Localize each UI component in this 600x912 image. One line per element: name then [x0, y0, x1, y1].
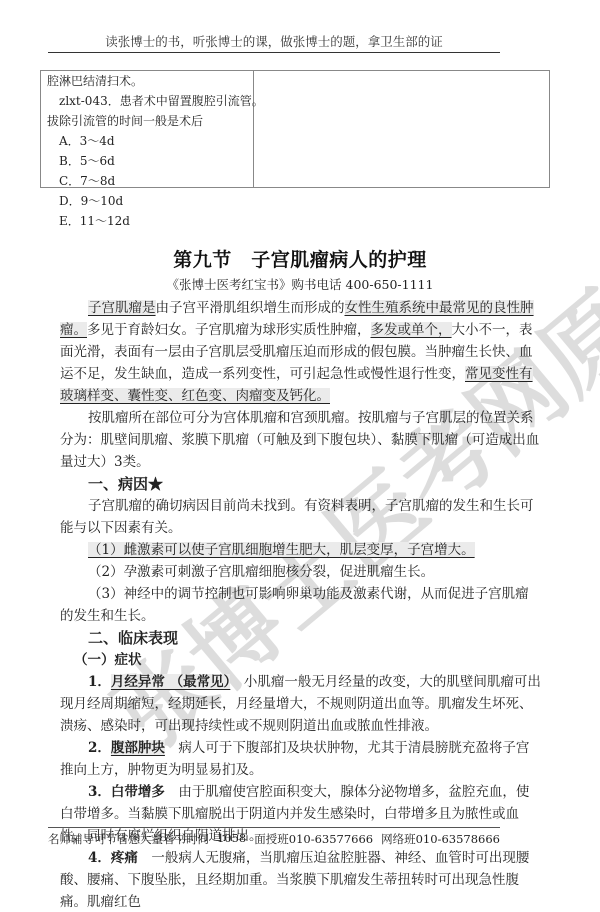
option-c: C．7～8d — [47, 171, 247, 191]
option-d: D．9～10d — [47, 191, 247, 211]
option-e: E．11～12d — [47, 211, 247, 231]
symptom-title: 腹部肿块 — [111, 740, 165, 756]
cause-item-2: （2）孕激素可刺激子宫肌瘤细胞核分裂，促进肌瘤生长。 — [60, 561, 542, 583]
symptom-title: 疼痛 — [111, 850, 138, 866]
text: 多见于育龄妇女。子宫肌瘤为球形实质性肿瘤， — [87, 322, 371, 338]
highlight-term: 子宫肌瘤是 — [88, 300, 156, 316]
symptom-4: 4．疼痛 一般病人无腹痛，当肌瘤压迫盆腔脏器、神经、血管时可出现腰酸、腰痛、下腹… — [60, 847, 542, 912]
footer-tagline: 名师辅导可节省您大量看书时间 — [48, 831, 209, 847]
symptom-title: 白带增多 — [111, 784, 165, 800]
question-stem: zlxt-043．患者术中留置腹腔引流管。 — [47, 91, 247, 111]
symptom-2: 2．腹部肿块 病人可于下腹部扪及块状肿物，尤其于清晨膀胱充盈将子宫推向上方，肿物… — [60, 737, 542, 781]
page-number: 1058 — [217, 831, 246, 847]
question-column: 腔淋巴结清扫术。 zlxt-043．患者术中留置腹腔引流管。 拔除引流管的时间一… — [41, 71, 254, 187]
answer-column — [254, 71, 549, 187]
question-line: 拔除引流管的时间一般是术后 — [47, 111, 247, 131]
heading-cause: 一、病因★ — [60, 473, 542, 495]
footer-divider — [48, 827, 500, 828]
question-line: 腔淋巴结清扫术。 — [47, 71, 247, 91]
footer-onsite-phone: 面授班010-63577666 — [254, 831, 373, 847]
section-subtitle: 《张博士医考红宝书》购书电话 400-650-1111 — [0, 275, 600, 293]
option-a: A．3～4d — [47, 131, 247, 151]
heading-clinical: 二、临床表现 — [60, 627, 542, 649]
heading-symptoms: （一）症状 — [60, 649, 542, 671]
paragraph-definition: 子宫肌瘤是由子宫平滑肌组织增生而形成的女性生殖系统中最常见的良性肿瘤。多见于育龄… — [60, 297, 542, 407]
highlight-key: （1）雌激素可以使子宫肌细胞增生肥大，肌层变厚，子宫增大。 — [88, 542, 475, 558]
footer-online-phone: 网络班010-63578666 — [381, 831, 500, 847]
cause-item-1: （1）雌激素可以使子宫肌细胞增生肥大，肌层变厚，子宫增大。 — [60, 539, 542, 561]
section-title: 第九节 子宫肌瘤病人的护理 — [0, 245, 600, 272]
cause-item-3: （3）神经中的调节控制也可影响卵巢功能及激素代谢，从而促进子宫肌瘤的发生和生长。 — [60, 583, 542, 627]
question-box: 腔淋巴结清扫术。 zlxt-043．患者术中留置腹腔引流管。 拔除引流管的时间一… — [40, 70, 550, 188]
paragraph-classification: 按肌瘤所在部位可分为宫体肌瘤和宫颈肌瘤。按肌瘤与子宫肌层的位置关系分为：肌壁间肌… — [60, 407, 542, 473]
item-number: 2． — [88, 740, 111, 756]
item-number: 4． — [88, 850, 111, 866]
page-footer: 名师辅导可节省您大量看书时间 1058 面授班010-63577666 网络班0… — [48, 831, 500, 847]
page-header: 读张博士的书，听张博士的课，做张博士的题，拿卫生部的证 — [48, 32, 500, 50]
symptom-1: 1．月经异常 （最常见） 小肌瘤一般无月经量的改变，大的肌壁间肌瘤可出现月经周期… — [60, 671, 542, 737]
highlight-key: 多发或单个， — [371, 322, 452, 338]
item-number: 1． — [88, 674, 111, 690]
document-body: 子宫肌瘤是由子宫平滑肌组织增生而形成的女性生殖系统中最常见的良性肿瘤。多见于育龄… — [60, 297, 542, 912]
option-b: B．5～6d — [47, 151, 247, 171]
symptom-title: 月经异常 （最常见） — [111, 674, 230, 690]
header-divider — [48, 52, 500, 53]
item-number: 3． — [88, 784, 111, 800]
paragraph-cause: 子宫肌瘤的确切病因目前尚未找到。有资料表明，子宫肌瘤的发生和生长可能与以下因素有… — [60, 495, 542, 539]
text: 由子宫平滑肌组织增生而形成的 — [156, 300, 345, 316]
